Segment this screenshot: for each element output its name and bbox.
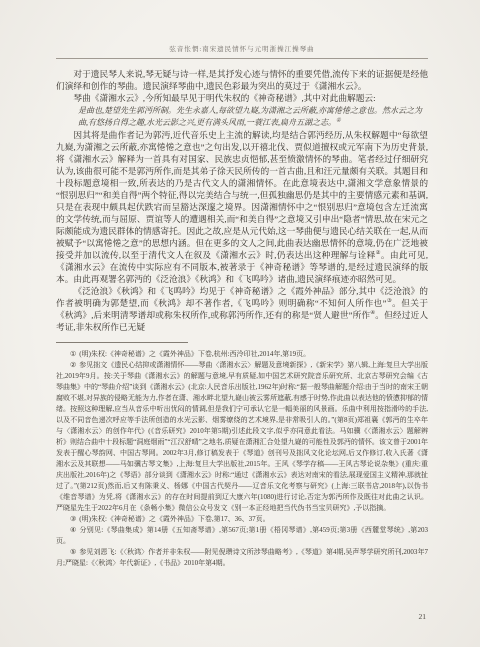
- footnote-number: ③: [70, 515, 76, 523]
- footnote-text: (明)朱权:《神奇秘谱》之《霞外神品》下卷,第17、36、37页。: [79, 515, 269, 523]
- footnote-item: ⑤参见刘恩飞:《〈秋鸿〉作者并非朱权——附见倪瓒诗文所涉琴曲略考》,《琴道》第4…: [56, 547, 428, 569]
- footnote-text: 参见刘恩飞:《〈秋鸿〉作者并非朱权——附见倪瓒诗文所涉琴曲略考》,《琴道》第4期…: [56, 548, 428, 567]
- footnote-number: ⑤: [70, 548, 76, 556]
- paragraph-3-text-a: 因其将是曲作者记为郭沔,近代音乐史上主流的解读,均是结合郭沔经历,从朱权解题中“…: [56, 130, 428, 260]
- footnotes-section: ①(明)朱权:《神奇秘谱》之《霞外神品》下卷,杭州:西泠印社,2014年,第19…: [56, 349, 428, 569]
- article-body: 对于遗民琴人来说,琴无疑与诗一样,是其抒发心迹与情怀的重要凭借,流传下来的证据便…: [56, 68, 428, 333]
- header-rule: [56, 58, 428, 59]
- paragraph-4: 《泛沧浪》《秋鸿》和《飞鸣吟》均见于《神奇秘谱》之《霞外神品》部分,其中《泛沧浪…: [56, 285, 428, 333]
- footnote-item: ③(明)朱权:《神奇秘谱》之《霞外神品》下卷,第17、36、37页。: [56, 514, 428, 525]
- block-quote: 是曲也,楚望先生郭沔所制。先生永嘉人,每欲望九嶷,为潇湘之云所蔽,亦寓惓惓之意也…: [78, 105, 422, 128]
- footnote-item: ①(明)朱权:《神奇秘谱》之《霞外神品》下卷,杭州:西泠印社,2014年,第19…: [56, 349, 428, 360]
- footnote-text: (明)朱权:《神奇秘谱》之《霞外神品》下卷,杭州:西泠印社,2014年,第19页…: [79, 350, 310, 358]
- paragraph-1: 对于遗民琴人来说,琴无疑与诗一样,是其抒发心迹与情怀的重要凭借,流传下来的证据便…: [56, 68, 428, 92]
- footnote-number: ④: [70, 526, 77, 534]
- paragraph-3: 因其将是曲作者记为郭沔,近代音乐史上主流的解读,均是结合郭沔经历,从朱权解题中“…: [56, 129, 428, 285]
- footnote-text: 分别见:《琴曲集成》第14册《五知斋琴谱》,第567页;第1册《梧冈琴谱》,第4…: [56, 526, 428, 545]
- footnote-number: ②: [70, 361, 76, 369]
- text-block: 弦音怅惘:南宋遗民情怀与元明浙操江操琴曲 对于遗民琴人来说,琴无疑与诗一样,是其…: [56, 44, 428, 569]
- footnote-ref-1: ①: [336, 117, 341, 123]
- footnote-item: ④分别见:《琴曲集成》第14册《五知斋琴谱》,第567页;第1册《梧冈琴谱》,第…: [56, 525, 428, 547]
- footnote-text: 参见拙文《遗民心结抑或潇湘情怀——琴曲〈潇湘水云〉解题及意境新探》,《新宋学》第…: [56, 361, 428, 512]
- footnote-item: ②参见拙文《遗民心结抑或潇湘情怀——琴曲〈潇湘水云〉解题及意境新探》,《新宋学》…: [56, 360, 428, 514]
- footnote-number: ①: [70, 350, 76, 358]
- paragraph-4-text-a: 《泛沧浪》《秋鸿》和《飞鸣吟》均见于《神奇秘谱》之《霞外神品》部分,其中《泛沧浪…: [56, 286, 428, 308]
- page: 弦音怅惘:南宋遗民情怀与元明浙操江操琴曲 对于遗民琴人来说,琴无疑与诗一样,是其…: [0, 0, 480, 647]
- page-number: 21: [419, 612, 427, 621]
- paragraph-2: 琴曲《潇湘水云》,今所知最早见于明代朱权的《神奇秘谱》,其中对此曲解题云:: [56, 92, 428, 104]
- footnote-divider: [56, 342, 188, 343]
- running-head: 弦音怅惘:南宋遗民情怀与元明浙操江操琴曲: [56, 44, 428, 53]
- block-quote-text: 是曲也,楚望先生郭沔所制。先生永嘉人,每欲望九嶷,为潇湘之云所蔽,亦寓惓惓之意也…: [78, 106, 422, 127]
